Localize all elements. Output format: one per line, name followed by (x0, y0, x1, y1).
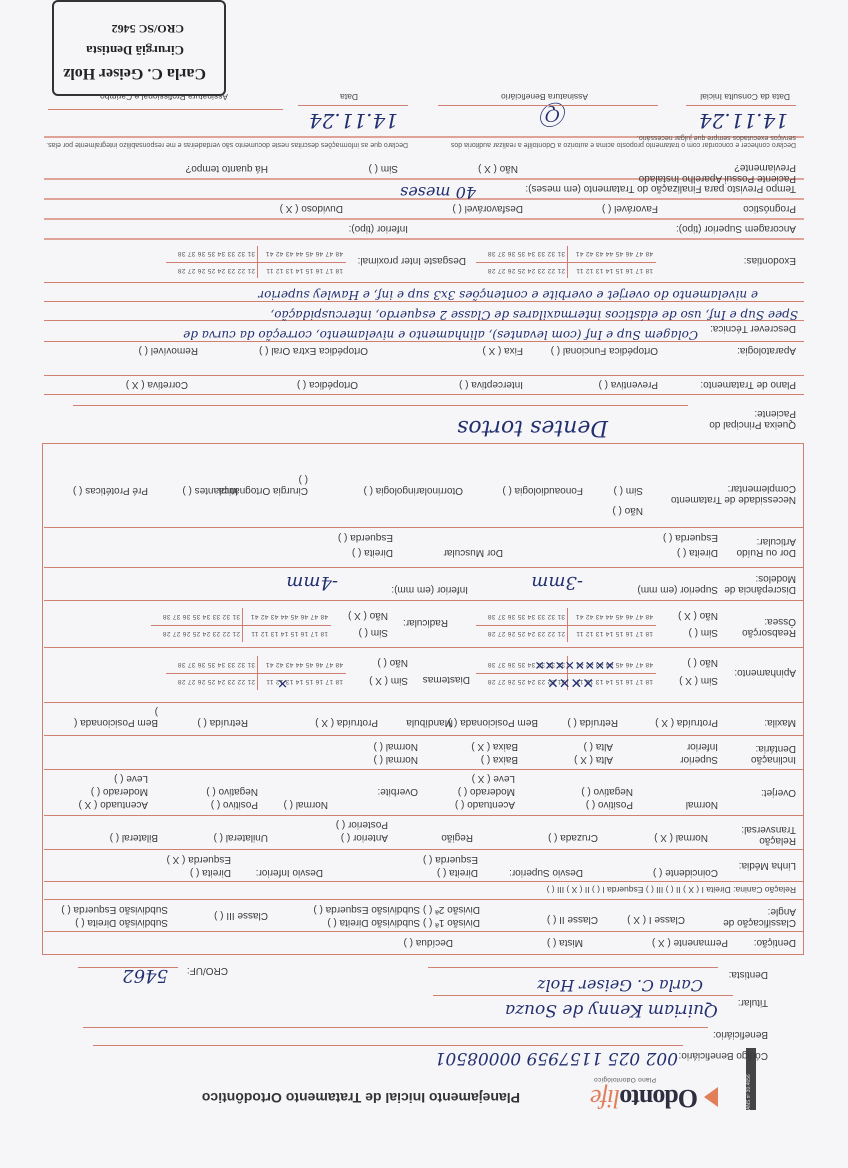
professional-stamp: Carla C. Geiser Holz Cirurgiã Dentista C… (52, 0, 226, 96)
aparatologia-ortopedica-funcional[interactable]: Ortopédica Funcional ( ) (551, 345, 658, 356)
discrepancia-inferior-label: Inferior (em mm): (391, 584, 468, 595)
diastemas-label: Diastemas (423, 674, 470, 685)
dentista-value[interactable]: Carla C. Geiser Holz (537, 976, 703, 995)
reab-lower-right[interactable]: 48 47 46 45 44 43 42 41 (576, 613, 653, 620)
radicular-sim[interactable]: Sim ( ) (359, 627, 388, 638)
overbite-negativo[interactable]: Negativo ( ) (206, 786, 258, 797)
angle-div1[interactable]: Divisão 1ª ( ) Subdivisão Direita ( ) (327, 917, 480, 928)
overbite-leve[interactable]: Leve ( ) (114, 773, 148, 784)
overbite-moderado[interactable]: Moderado ( ) (91, 786, 148, 797)
reab-upper-left[interactable]: 21 22 23 24 25 26 27 28 (488, 630, 565, 637)
overjet-leve[interactable]: Leve ( X ) (472, 773, 515, 784)
desg-lower-right[interactable]: 48 47 46 45 44 43 42 41 (266, 250, 343, 257)
aparelho-nao[interactable]: Não ( X ) (478, 163, 518, 174)
linha-media-desvio-inf: Desvio Inferior: (256, 867, 323, 878)
maxila-retruida[interactable]: Retruída ( ) (567, 717, 618, 728)
data-consulta-value[interactable]: 14.11.24 (699, 109, 788, 133)
prognostico-favoravel[interactable]: Favorável ( ) (602, 203, 658, 214)
inclinacao-label: Inclinação Dentária: (726, 743, 796, 765)
plano-label: Plano de Tratamento: (700, 379, 796, 390)
exo-upper-right[interactable]: 18 17 16 15 14 13 12 11 (576, 267, 653, 274)
diast-upper-left[interactable]: 21 22 23 24 25 26 27 28 (178, 678, 255, 685)
declaracao-veracidade: Declaro que as informações descritas nes… (38, 141, 408, 148)
plano-ortopedica[interactable]: Ortopédica ( ) (297, 379, 358, 390)
angle-sub-dir[interactable]: Subdivisão Direita ( ) (75, 917, 168, 928)
logo-diamond-icon (704, 1087, 718, 1107)
overjet-label: Overjet: (761, 787, 796, 798)
complementar-fono[interactable]: Fonoaudiologia ( ) (502, 485, 583, 496)
overjet-negativo[interactable]: Negativo ( ) (581, 786, 633, 797)
inclinacao-superior: Superior (680, 754, 718, 765)
tecnica-line1[interactable]: Colagem Sup e Inf (com levantes), alinha… (183, 328, 698, 342)
aparatologia-extra-oral[interactable]: Ortopédica Extra Oral ( ) (259, 345, 368, 356)
articular-label: Dor ou Ruído Articular: (726, 536, 796, 558)
discrepancia-superior-label: Superior (em mm) (637, 584, 718, 595)
exo-upper-left[interactable]: 21 22 23 24 25 26 27 28 (488, 267, 565, 274)
reab-lower-left[interactable]: 31 32 33 34 35 36 37 38 (488, 613, 565, 620)
plano-corretiva[interactable]: Corretiva ( X ) (126, 379, 188, 390)
cro-value[interactable]: 5462 (122, 965, 168, 986)
linha-media-inf-direita[interactable]: Direita ( ) (190, 867, 231, 878)
aparatologia-removivel[interactable]: Removível ( ) (139, 345, 198, 356)
overjet-normal[interactable]: Normal (686, 799, 718, 810)
overbite-normal[interactable]: Normal ( ) (284, 799, 328, 810)
rad-lower-right[interactable]: 48 47 46 45 44 43 42 41 (251, 613, 328, 620)
inclinacao-sup-normal[interactable]: Normal ( ) (374, 754, 418, 765)
mandibula-bem[interactable]: Bem Posicionada ( ) (68, 706, 158, 728)
rt-unilateral[interactable]: Unilateral ( ) (214, 832, 268, 843)
beneficiario-signature[interactable]: Ⓠ (542, 97, 568, 134)
linha-media-sup-direita[interactable]: Direita ( ) (437, 867, 478, 878)
inclinacao-sup-alta[interactable]: Alta ( X ) (574, 754, 613, 765)
maxila-protruida[interactable]: Protruída ( X ) (655, 717, 718, 728)
overbite-label: Overbite: (377, 786, 418, 797)
tecnica-line3[interactable]: e nivelamento do overjet e overbite e co… (258, 288, 758, 302)
queixa-value[interactable]: Dentes tortos (457, 415, 608, 440)
form-page: ANS nº 30.4656 Odontolife Plano Odontoló… (0, 0, 848, 1168)
rad-lower-left[interactable]: 31 32 33 34 35 36 37 38 (163, 613, 240, 620)
rt-posterior[interactable]: Posterior ( ) (336, 819, 388, 830)
titular-value[interactable]: Quiriam Kenny de Souza (505, 1000, 718, 1020)
articular-esquerda[interactable]: Esquerda ( ) (663, 532, 718, 543)
plano-preventiva[interactable]: Preventiva ( ) (599, 379, 658, 390)
apinhamento-nao[interactable]: Não ( ) (687, 657, 718, 668)
angle-classe2[interactable]: Classe II ( ) (547, 914, 598, 925)
apinhamento-sim[interactable]: Sim ( X ) (679, 675, 718, 686)
apinh-mark-upper: ✕✕✕✕ (547, 674, 594, 690)
diastemas-sim[interactable]: Sim ( X ) (369, 675, 408, 686)
desg-upper-right[interactable]: 18 17 16 15 14 13 12 11 (266, 267, 343, 274)
reabsorcao-nao[interactable]: Não ( X ) (678, 610, 718, 621)
ancoragem-superior-label: Ancoragem Superior (tipo): (676, 223, 796, 234)
data-label: Data (340, 92, 358, 102)
angle-sub-esq[interactable]: Subdivisão Esquerda ( ) (61, 904, 168, 915)
apinhamento-label: Apinhamento: (734, 667, 796, 678)
linha-media-sup-esquerda[interactable]: Esquerda ( ) (423, 854, 478, 865)
linha-media-label: Linha Média: (739, 860, 796, 871)
overbite-acentuado[interactable]: Acentuado ( X ) (79, 799, 148, 810)
tecnica-label: Descrever Técnica: (710, 323, 796, 334)
dor-muscular-esquerda[interactable]: Esquerda ( ) (338, 532, 393, 543)
aparelho-sim[interactable]: Sim ( ) (369, 163, 398, 174)
dor-muscular-direita[interactable]: Direita ( ) (352, 547, 393, 558)
overbite-positivo[interactable]: Positivo ( ) (211, 799, 258, 810)
inclinacao-inferior: Inferior (687, 741, 718, 752)
desgaste-label: Desgaste Inter proximal: (358, 255, 466, 266)
angle-classe3[interactable]: Classe III ( ) (214, 910, 268, 921)
cro-label: CRO/UF: (187, 965, 228, 976)
desg-upper-left[interactable]: 21 22 23 24 25 26 27 28 (178, 267, 255, 274)
rt-regiao: Região (441, 832, 473, 843)
codigo-value[interactable]: 002 025 1157959 00008501 (435, 1048, 678, 1068)
diast-lower-right[interactable]: 48 47 46 45 44 43 42 41 (266, 661, 343, 668)
linha-media-desvio-sup: Desvio Superior: (509, 867, 583, 878)
mandibula-retruida[interactable]: Retruída ( ) (197, 717, 248, 728)
rt-anterior[interactable]: Anterior ( ) (341, 832, 388, 843)
linha-media-coincidente[interactable]: Coincidente ( ) (653, 867, 718, 878)
rt-cruzada[interactable]: Cruzada ( ) (548, 832, 598, 843)
aparelho-ha-quanto: Há quanto tempo? (186, 163, 268, 174)
data-value[interactable]: 14.11.24 (309, 109, 398, 133)
inclinacao-inf-alta[interactable]: Alta ( ) (584, 741, 613, 752)
beneficiario-label: Beneficiário: (713, 1029, 768, 1040)
denticao-permanente[interactable]: Permanente ( X ) (652, 937, 728, 948)
prognostico-label: Prognóstico (743, 203, 796, 214)
plano-interceptiva[interactable]: Interceptiva ( ) (459, 379, 523, 390)
exo-lower-right[interactable]: 48 47 46 45 44 43 42 41 (576, 250, 653, 257)
complementar-label: Necessidade de Tratamento Complementar: (656, 483, 796, 505)
apinh-mark-lower: ✕✕✕✕✕✕✕✕ (535, 658, 615, 672)
rt-normal[interactable]: Normal ( X ) (654, 832, 708, 843)
overjet-positivo[interactable]: Positivo ( ) (586, 799, 633, 810)
prognostico-duvidoso[interactable]: Duvidoso ( X ) (280, 203, 343, 214)
page-title: Planejamento Inicial de Tratamento Ortod… (202, 1090, 520, 1106)
diast-lower-left[interactable]: 31 32 33 34 35 36 37 38 (178, 661, 255, 668)
overjet-acentuado[interactable]: Acentuado ( ) (455, 799, 515, 810)
complementar-implantes[interactable]: Implantes ( ) (182, 485, 238, 496)
tecnica-line2[interactable]: Spee Sup e Inf, uso de elásticos interma… (270, 308, 798, 322)
radicular-nao[interactable]: Não ( X ) (348, 610, 388, 621)
angle-classe1[interactable]: Classe I ( X ) (627, 914, 685, 925)
denticao-decidua[interactable]: Decídua ( ) (404, 937, 453, 948)
prognostico-desfavoravel[interactable]: Desfavorável ( ) (452, 203, 523, 214)
complementar-sim[interactable]: Sim ( ) (614, 485, 643, 496)
mandibula-label: Mandíbula (406, 717, 453, 728)
tempo-value[interactable]: 40 meses (400, 183, 476, 202)
reabsorcao-label: Reabsorção Óssea: (726, 616, 796, 638)
diastemas-nao[interactable]: Não ( ) (377, 657, 408, 668)
discrepancia-inferior-value[interactable]: -4mm (286, 572, 338, 593)
desg-lower-left[interactable]: 31 32 33 34 35 36 37 38 (178, 250, 255, 257)
denticao-mista[interactable]: Mista ( ) (547, 937, 583, 948)
queixa-label: Queixa Principal do Paciente: (696, 408, 796, 430)
aparatologia-label: Aparatologia: (737, 345, 796, 356)
exo-lower-left[interactable]: 31 32 33 34 35 36 37 38 (488, 250, 565, 257)
overjet-moderado[interactable]: Moderado ( ) (458, 786, 515, 797)
titular-label: Titular: (738, 997, 768, 1008)
dor-muscular-label: Dor Muscular (444, 547, 503, 558)
complementar-otorrino[interactable]: Otorrinolaringologia ( ) (364, 485, 464, 496)
discrepancia-superior-value[interactable]: -3mm (531, 572, 583, 593)
declaracao-autorizacao: Declaro conhecer e concordar com o trata… (426, 134, 796, 148)
discrepancia-label: Discrepância de Modelos: (716, 573, 796, 595)
exodontias-label: Exodontias: (744, 255, 796, 266)
clinical-box (42, 443, 804, 955)
assinatura-beneficiario-label: Assinatura Beneficiário (501, 92, 588, 102)
aparelho-label: Paciente Possui Aparelho Instalado Previ… (596, 162, 796, 184)
angle-label: Classificação de Angle: (716, 906, 796, 928)
aparatologia-fixa[interactable]: Fixa ( X ) (482, 345, 523, 356)
angle-div2[interactable]: Divisão 2ª ( ) Subdivisão Esquerda ( ) (313, 904, 480, 915)
diast-mark: ✕ (277, 675, 288, 690)
rad-upper-left[interactable]: 21 22 23 24 25 26 27 28 (163, 630, 240, 637)
codigo-label: Código Beneficiário: (679, 1050, 769, 1061)
relacao-transversal-label: Relação Transversal: (726, 824, 796, 846)
dentista-label: Dentista: (729, 969, 768, 980)
rt-bilateral[interactable]: Bilateral ( ) (110, 832, 158, 843)
mandibula-protruida[interactable]: Protruída ( X ) (315, 717, 378, 728)
ancoragem-inferior-label: Inferior (tipo): (349, 223, 408, 234)
reab-upper-right[interactable]: 18 17 16 15 14 13 12 11 (576, 630, 653, 637)
complementar-pre-proteticas[interactable]: Pré Protéticas ( ) (73, 485, 148, 496)
complementar-nao[interactable]: Não ( ) (612, 505, 643, 516)
inclinacao-inf-baixa[interactable]: Baixa ( X ) (471, 741, 518, 752)
linha-media-inf-esquerda[interactable]: Esquerda ( X ) (167, 854, 231, 865)
tempo-label: Tempo Previsto para Finalização do Trata… (525, 183, 796, 194)
rad-upper-right[interactable]: 18 17 16 15 14 13 12 11 (251, 630, 328, 637)
articular-direita[interactable]: Direita ( ) (677, 547, 718, 558)
maxila-label: Maxila: (764, 717, 796, 728)
maxila-bem[interactable]: Bem Posicionada ( ) (448, 717, 538, 728)
relacao-canina[interactable]: Relação Canina: Direita I ( X ) II ( ) I… (547, 885, 796, 895)
denticao-label: Dentição: (754, 937, 796, 948)
reabsorcao-sim[interactable]: Sim ( ) (689, 627, 718, 638)
radicular-label: Radicular: (403, 617, 448, 628)
data-consulta-label: Data da Consulta Inicial (700, 92, 790, 102)
inclinacao-sup-baixa[interactable]: Baixa ( ) (481, 754, 518, 765)
inclinacao-inf-normal[interactable]: Normal ( ) (374, 741, 418, 752)
